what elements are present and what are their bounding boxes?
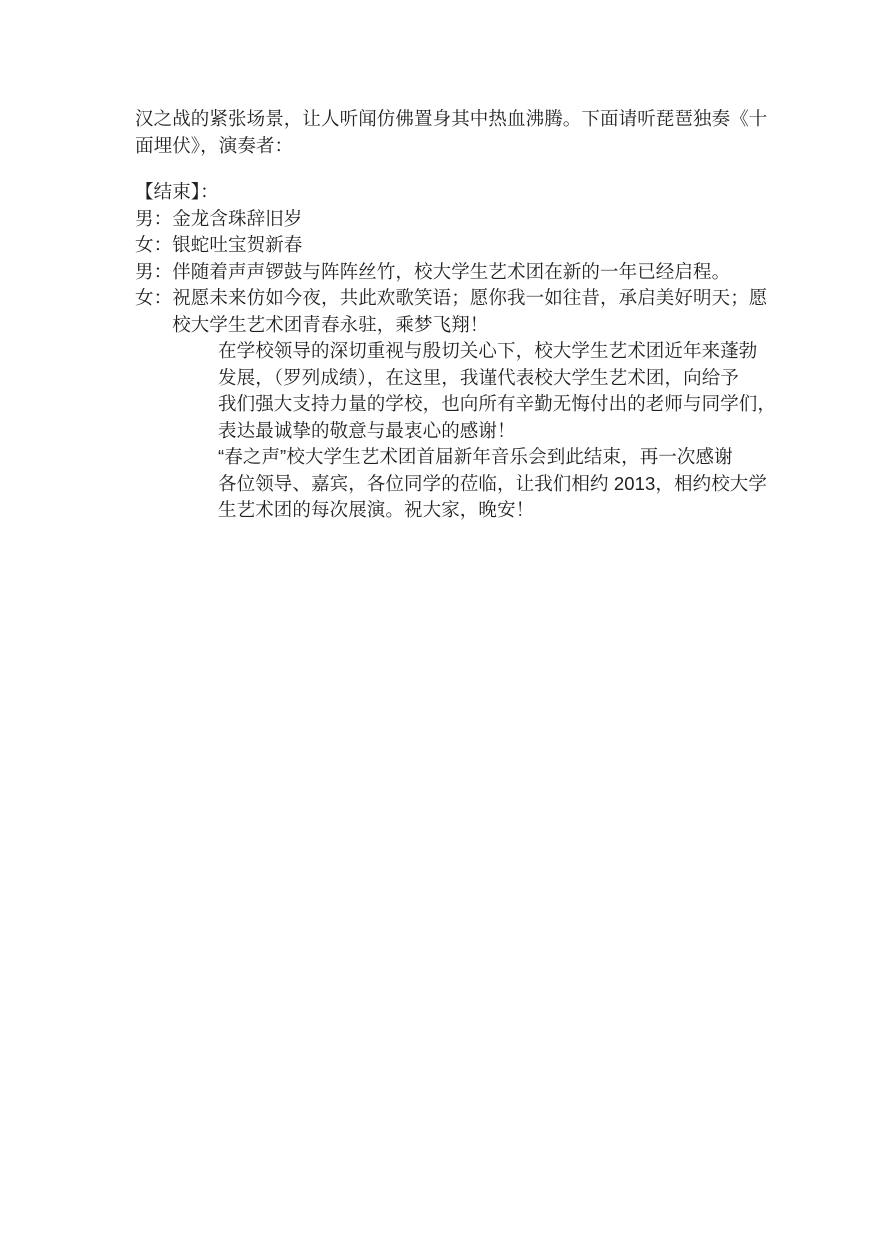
closing-line: 生艺术团的每次展演。祝大家，晚安！ [218,497,775,524]
speaker-label: 男： [135,259,172,286]
dialogue-row: 男： 伴随着声声锣鼓与阵阵丝竹，校大学生艺术团在新的一年已经启程。 [135,259,775,286]
dialogue-line: 金龙含珠辞旧岁 [172,206,775,233]
closing-line: 表达最诚挚的敬意与最衷心的感谢！ [218,418,775,445]
speaker-label: 男： [135,206,172,233]
speaker-label: 女： [135,232,172,259]
closing-line: 我们强大支持力量的学校，也向所有辛勤无悔付出的老师与同学们， [218,391,775,418]
dialogue-line: 祝愿未来仿如今夜，共此欢歌笑语；愿你我一如往昔，承启美好明天；愿 [172,285,775,312]
dialogue-line: 校大学生艺术团青春永驻，乘梦飞翔！ [172,312,775,339]
dialogue-line: 银蛇吐宝贺新春 [172,232,775,259]
dialogue-line: 伴随着声声锣鼓与阵阵丝竹，校大学生艺术团在新的一年已经启程。 [172,259,775,286]
closing-paragraph: 在学校领导的深切重视与殷切关心下，校大学生艺术团近年来蓬勃 发展，（罗列成绩），… [218,338,775,444]
speaker-label: 女： [135,285,172,312]
intro-paragraph: 汉之战的紧张场景，让人听闻仿佛置身其中热血沸腾。下面请听琵琶独奏《十 面埋伏》，… [135,106,775,159]
closing-line: 在学校领导的深切重视与殷切关心下，校大学生艺术团近年来蓬勃 [218,338,775,365]
blank-line [135,159,775,179]
dialogue-row: 女： 银蛇吐宝贺新春 [135,232,775,259]
closing-line: “春之声”校大学生艺术团首届新年音乐会到此结束，再一次感谢 [218,444,775,471]
closing-line: 各位领导、嘉宾，各位同学的莅临，让我们相约 2013，相约校大学 [218,471,775,498]
intro-line: 面埋伏》，演奏者： [135,133,775,160]
document-content: 汉之战的紧张场景，让人听闻仿佛置身其中热血沸腾。下面请听琵琶独奏《十 面埋伏》，… [135,106,775,524]
section-header: 【结束】： [135,179,775,206]
closing-line: 发展，（罗列成绩），在这里，我谨代表校大学生艺术团，向给予 [218,365,775,392]
dialogue-row: 男： 金龙含珠辞旧岁 [135,206,775,233]
document-page: 汉之战的紧张场景，让人听闻仿佛置身其中热血沸腾。下面请听琵琶独奏《十 面埋伏》，… [0,0,884,1250]
closing-paragraph: “春之声”校大学生艺术团首届新年音乐会到此结束，再一次感谢 各位领导、嘉宾，各位… [218,444,775,524]
dialogue-row: 女： 祝愿未来仿如今夜，共此欢歌笑语；愿你我一如往昔，承启美好明天；愿 校大学生… [135,285,775,338]
intro-line: 汉之战的紧张场景，让人听闻仿佛置身其中热血沸腾。下面请听琵琶独奏《十 [135,106,775,133]
